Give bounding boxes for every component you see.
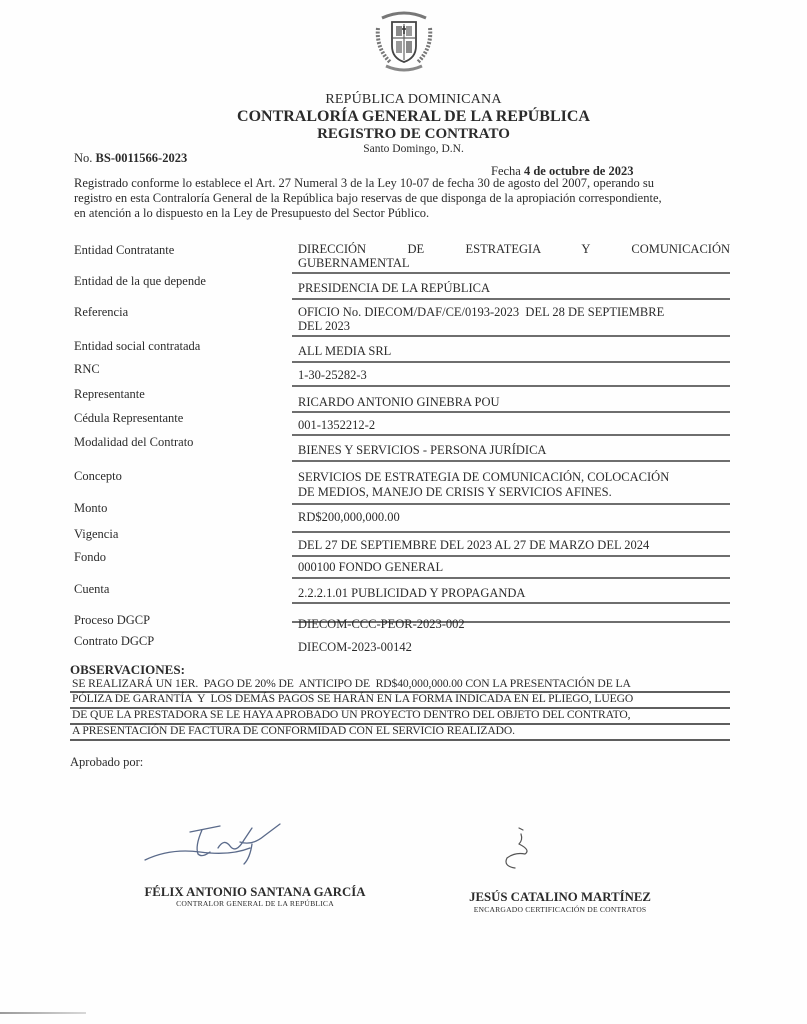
field-label: Cédula Representante [74,411,183,426]
observation-line: A PRESENTACIÓN DE FACTURA DE CONFORMIDAD… [72,724,515,737]
field-underline [292,555,730,557]
field-label: Cuenta [74,582,109,597]
field-label: Vigencia [74,527,118,542]
coat-of-arms-icon [368,4,440,76]
field-underline [292,531,730,533]
field-underline [292,385,730,387]
intro-line: registro en esta Contraloría General de … [74,191,746,206]
handwritten-signature-icon [140,818,300,868]
field-value: 1-30-25282-3 [298,368,730,382]
field-underline [292,361,730,363]
registration-number-label: No. [74,151,92,165]
field-underline [292,503,730,505]
field-value: PRESIDENCIA DE LA REPÚBLICA [298,281,730,295]
field-label: Monto [74,501,107,516]
handwritten-initial-icon [495,822,545,872]
field-underline [292,577,730,579]
registration-number: No. BS-0011566-2023 [74,151,187,166]
field-underline [292,298,730,300]
observation-line: PÓLIZA DE GARANTÍA Y LOS DEMÁS PAGOS SE … [72,692,633,705]
field-value: DEL 2023 [298,319,730,333]
field-value: 001-1352212-2 [298,418,730,432]
field-value: DIRECCIÓN DE ESTRATEGIA Y COMUNICACIÓN [298,242,730,256]
field-underline [292,434,730,436]
approved-by-label: Aprobado por: [70,755,143,770]
field-value: OFICIO No. DIECOM/DAF/CE/0193-2023 DEL 2… [298,305,730,319]
intro-paragraph: Registrado conforme lo establece el Art.… [74,176,746,221]
field-label: Entidad de la que depende [74,274,206,289]
signer-title: ENCARGADO CERTIFICACIÓN DE CONTRATOS [440,905,680,914]
field-label: Proceso DGCP [74,613,150,628]
scan-artifact-line [0,1012,86,1014]
field-label: Fondo [74,550,106,565]
field-label: Modalidad del Contrato [74,435,193,450]
field-value: BIENES Y SERVICIOS - PERSONA JURÍDICA [298,443,730,457]
field-underline [292,272,730,274]
field-label: Contrato DGCP [74,634,154,649]
field-label: Entidad social contratada [74,339,200,354]
field-value: DE MEDIOS, MANEJO DE CRISIS Y SERVICIOS … [298,485,730,499]
contract-registration-document: REPÚBLICA DOMINICANA CONTRALORÍA GENERAL… [0,0,807,1024]
field-value: ALL MEDIA SRL [298,344,730,358]
field-underline [292,335,730,337]
field-label: Referencia [74,305,128,320]
document-title: REGISTRO DE CONTRATO [10,126,807,143]
field-label: Entidad Contratante [74,243,174,258]
field-underline [292,602,730,604]
observation-line: SE REALIZARÁ UN 1ER. PAGO DE 20% DE ANTI… [72,677,631,690]
field-label: Representante [74,387,145,402]
field-value: RD$200,000,000.00 [298,510,730,524]
field-value: 000100 FONDO GENERAL [298,560,730,574]
field-value: RICARDO ANTONIO GINEBRA POU [298,395,730,409]
field-label: RNC [74,362,100,377]
registration-number-value: BS-0011566-2023 [96,151,188,165]
field-value: DIECOM-2023-00142 [298,640,730,654]
field-underline [292,411,730,413]
field-value: DEL 27 DE SEPTIEMBRE DEL 2023 AL 27 DE M… [298,538,730,552]
signer-name: JESÚS CATALINO MARTÍNEZ [440,890,680,905]
observation-line: DE QUE LA PRESTADORA SE LE HAYA APROBADO… [72,708,630,721]
signer-title: CONTRALOR GENERAL DE LA REPÚBLICA [120,899,390,908]
intro-line: Registrado conforme lo establece el Art.… [74,176,746,191]
field-value: DIECOM-CCC-PEOR-2023-002 [298,617,730,631]
field-value: 2.2.2.1.01 PUBLICIDAD Y PROPAGANDA [298,586,730,600]
observation-underline [70,739,730,741]
country-heading: REPÚBLICA DOMINICANA [10,92,807,108]
field-underline [292,460,730,462]
institution-heading: CONTRALORÍA GENERAL DE LA REPÚBLICA [10,108,807,126]
observations-title: OBSERVACIONES: [70,662,185,678]
signer-name: FÉLIX ANTONIO SANTANA GARCÍA [120,885,390,900]
intro-line: en atención a lo dispuesto en la Ley de … [74,206,746,221]
field-value: SERVICIOS DE ESTRATEGIA DE COMUNICACIÓN,… [298,470,730,484]
field-label: Concepto [74,469,122,484]
field-value: GUBERNAMENTAL [298,256,730,270]
